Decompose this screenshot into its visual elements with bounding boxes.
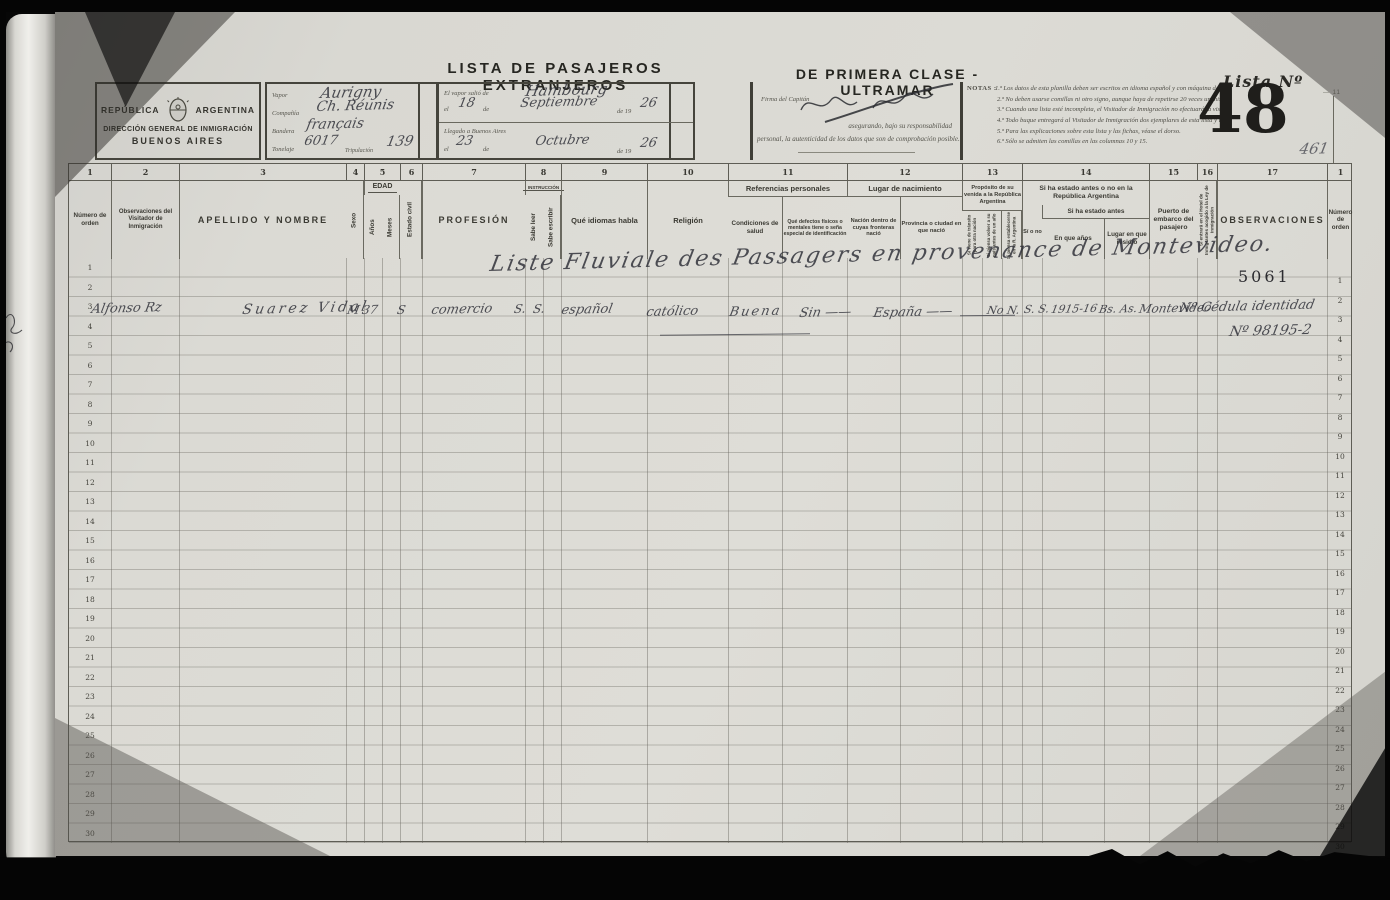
row-number: 10 <box>85 434 95 454</box>
column-line <box>782 258 783 843</box>
col-num: 15 <box>1149 164 1197 180</box>
stamp-number: 5061 <box>1238 267 1291 286</box>
row-number: 11 <box>85 453 95 473</box>
row-number: 25 <box>1335 739 1345 759</box>
row-number: 21 <box>85 648 95 668</box>
row-number: 1 <box>88 258 93 278</box>
header-estado-civil: Estado civil <box>400 181 422 259</box>
row-number: 19 <box>1335 622 1345 642</box>
column-line <box>900 258 901 843</box>
row-number: 10 <box>1335 447 1345 467</box>
compania-label: Compañía <box>272 110 299 117</box>
row-number: 6 <box>88 356 93 376</box>
bandera-value: français <box>305 116 365 133</box>
col-num: 3 <box>179 164 346 180</box>
header-num-right: Número de orden <box>1327 181 1353 259</box>
voyage-box: El vapor salió de Hambourg el 18 de Sept… <box>437 82 695 160</box>
column-line <box>543 258 544 843</box>
note-item: 6.ª Sólo se admiten las comillas en las … <box>997 137 1229 148</box>
hw-lugar-residio: Bs. As. <box>1098 302 1138 316</box>
column-line <box>400 258 401 843</box>
row-number: 3 <box>1338 310 1343 330</box>
row-number: 4 <box>88 317 93 337</box>
corner-print: — 11 <box>1323 90 1341 96</box>
llegado-de: de <box>483 146 489 153</box>
header-meses: Meses <box>382 195 400 259</box>
compania-value: Ch. Réunis <box>315 97 396 115</box>
column-line <box>962 258 963 843</box>
row-number: 16 <box>85 551 95 571</box>
llegado-el: el <box>444 146 449 153</box>
row-number: 15 <box>85 531 95 551</box>
hw-edad-anos: 37 <box>361 303 379 317</box>
scan-edge-right <box>1385 0 1390 900</box>
tonelaje-label: Tonelaje <box>272 146 294 153</box>
row-number: 15 <box>1335 544 1345 564</box>
note-item: 2.ª No deben usarse comillas ni otro sig… <box>997 95 1229 106</box>
row-number: 27 <box>1335 778 1345 798</box>
captain-text-2: personal, la autenticidad de los datos q… <box>757 135 960 143</box>
notes-lines: NOTAS :1.ª Los datos de esta planilla de… <box>967 84 1229 148</box>
row-number: 26 <box>1335 759 1345 779</box>
tonelaje-value: 6017 <box>303 133 339 149</box>
column-line <box>561 258 562 843</box>
note-item: 5.ª Para las explicaciones sobre esta li… <box>997 127 1229 138</box>
row-numbers-right: 1234567891011121314151617181920212223242… <box>1327 271 1353 856</box>
row-number: 20 <box>85 629 95 649</box>
col-num: 11 <box>728 164 847 180</box>
row-number: 13 <box>1335 505 1345 525</box>
col-num: 4 <box>346 164 364 180</box>
llegado-de19: de 19 <box>617 148 631 155</box>
header-idiomas: Qué idiomas habla <box>561 181 647 259</box>
row-number: 8 <box>88 395 93 415</box>
row-number: 28 <box>85 785 95 805</box>
row-number: 11 <box>1335 466 1345 486</box>
col-num: 14 <box>1022 164 1149 180</box>
column-line <box>647 258 648 843</box>
row-number: 12 <box>85 473 95 493</box>
row-number: 7 <box>88 375 93 395</box>
row-number: 30 <box>85 824 95 844</box>
vapor-label: Vapor <box>272 92 288 99</box>
hw-visitador-note: Alfonso Rz <box>90 300 163 317</box>
header-apellido-nombre: APELLIDO Y NOMBRE <box>179 181 346 259</box>
column-line <box>1327 258 1328 843</box>
margin-rule <box>1333 96 1334 164</box>
header-sexo: Sexo <box>346 181 364 259</box>
col-num: 10 <box>647 164 728 180</box>
row-number: 16 <box>1335 564 1345 584</box>
margin-note-461: 461 <box>1298 139 1330 158</box>
ship-box-divider <box>418 84 420 158</box>
row-number: 6 <box>1338 369 1343 389</box>
hw-en-que-anos: 1915-16 <box>1050 302 1098 316</box>
voyage-box-midline <box>439 122 693 123</box>
row-number: 26 <box>85 746 95 766</box>
row-number: 28 <box>1335 798 1345 818</box>
scanned-passenger-list-photo: LISTA DE PASAJEROS EXTRANJEROS DE PRIMER… <box>0 0 1390 900</box>
edge-handwriting-scribble <box>2 300 42 360</box>
header-ha-estado-group: Si ha estado antes <box>1042 205 1149 219</box>
column-line <box>179 258 180 843</box>
row-number: 4 <box>1338 330 1343 350</box>
column-line <box>346 258 347 843</box>
row-number: 14 <box>85 512 95 532</box>
row-number: 22 <box>1335 681 1345 701</box>
row-number: 2 <box>88 278 93 298</box>
header-estado-antes-group: Si ha estado antes o no en la República … <box>1022 181 1149 205</box>
salio-de: de <box>483 106 489 113</box>
row-number: 19 <box>85 609 95 629</box>
col-num: 5 <box>364 164 400 180</box>
row-number: 29 <box>85 804 95 824</box>
hw-estado-antes: S. S. <box>1023 302 1050 316</box>
row-number: 17 <box>85 570 95 590</box>
row-number: 2 <box>1338 291 1343 311</box>
column-line <box>982 258 983 843</box>
bandera-label: Bandera <box>272 128 294 135</box>
row-number: 5 <box>1338 349 1343 369</box>
column-line <box>111 258 112 843</box>
previous-page-edge <box>6 14 56 872</box>
row-number: 18 <box>85 590 95 610</box>
header-edad-group: EDAD <box>364 181 400 195</box>
row-number: 24 <box>1335 720 1345 740</box>
note-item: NOTAS :1.ª Los datos de esta planilla de… <box>967 84 1229 95</box>
salio-month: Septiembre <box>519 94 599 111</box>
row-number: 12 <box>1335 486 1345 506</box>
row-number: 9 <box>1338 427 1343 447</box>
scan-edge-left <box>0 0 6 900</box>
header-instruccion-group: INSTRUCCIÓN <box>525 181 561 195</box>
header-anos: Años <box>364 195 382 259</box>
captain-signature <box>795 82 965 124</box>
column-line <box>1022 258 1023 843</box>
form-page: LISTA DE PASAJEROS EXTRANJEROS DE PRIMER… <box>55 12 1385 856</box>
header-profesion: PROFESIÓN <box>422 181 525 259</box>
agency-box: REPÚBLICA ARGENTINA DIRECCIÓN GENERAL DE… <box>95 82 261 160</box>
row-number: 21 <box>1335 661 1345 681</box>
row-number: 25 <box>85 726 95 746</box>
col-num: 2 <box>111 164 179 180</box>
header-sabe-leer: Sabe leer <box>525 195 543 259</box>
column-line <box>1197 258 1198 843</box>
header-num-left: Número de orden <box>69 181 111 259</box>
captain-box: Firma del Capitán asegurando, bajo su re… <box>750 82 963 160</box>
col-num: 8 <box>525 164 561 180</box>
agency-direccion: DIRECCIÓN GENERAL DE INMIGRACIÓN <box>97 126 259 133</box>
hw-profesion: comercio <box>430 301 494 318</box>
table-body: 1234567891011121314151617181920212223242… <box>69 258 1351 843</box>
scan-edge-top <box>0 0 1390 12</box>
column-line <box>728 258 729 843</box>
header-nacimiento-group: Lugar de nacimiento <box>847 181 962 197</box>
row-number: 27 <box>85 765 95 785</box>
row-number: 17 <box>1335 583 1345 603</box>
salio-day: 18 <box>457 96 476 111</box>
column-line <box>382 258 383 843</box>
salio-el: el <box>444 106 449 113</box>
llegado-day: 23 <box>455 134 474 149</box>
header-proposito-group: Propósito de su venida a la República Ar… <box>962 181 1022 211</box>
col-num: 13 <box>962 164 1022 180</box>
col-num: 7 <box>422 164 525 180</box>
column-line <box>1042 258 1043 843</box>
header-referencias-group: Referencias personales <box>728 181 847 197</box>
lista-number-value: 48 <box>1197 76 1289 142</box>
column-line <box>422 258 423 843</box>
row-number: 5 <box>88 336 93 356</box>
column-line <box>1217 258 1218 843</box>
col-num: 16 <box>1197 164 1217 180</box>
agency-argentina: ARGENTINA <box>196 105 256 115</box>
col-num: 12 <box>847 164 962 180</box>
column-line <box>1104 258 1105 843</box>
agency-republica: REPÚBLICA <box>101 105 160 115</box>
hw-religion: católico <box>645 304 700 320</box>
column-line <box>525 258 526 843</box>
col-num: 17 <box>1217 164 1327 180</box>
hw-observaciones-2: Nº 98195-2 <box>1228 322 1313 340</box>
hw-nacion: España —— <box>872 304 954 321</box>
col-num: 1 <box>69 164 111 180</box>
column-line <box>847 258 848 843</box>
llegado-year: 26 <box>639 136 658 151</box>
column-line <box>1149 258 1150 843</box>
llegado-month: Octubre <box>534 133 591 149</box>
voyage-box-divider <box>669 84 671 158</box>
header-instruccion-label: INSTRUCCIÓN <box>523 185 564 191</box>
row-numbers-left: 1234567891011121314151617181920212223242… <box>69 258 111 843</box>
row-number: 18 <box>1335 603 1345 623</box>
row-number: 13 <box>85 492 95 512</box>
header-edad-label: EDAD <box>368 183 398 192</box>
row-number: 9 <box>88 414 93 434</box>
note-item: 3.ª Cuando una lista esté incompleta, el… <box>997 105 1229 116</box>
captain-sign-line <box>798 152 915 153</box>
col-num: 9 <box>561 164 647 180</box>
agency-ciudad: BUENOS AIRES <box>97 136 259 146</box>
salio-de19: de 19 <box>617 108 631 115</box>
row-number: 23 <box>85 687 95 707</box>
row-number: 24 <box>85 707 95 727</box>
row-number: 20 <box>1335 642 1345 662</box>
hw-salud: Buena <box>728 304 783 320</box>
row-number: 29 <box>1335 817 1345 837</box>
row-number: 22 <box>85 668 95 688</box>
row-number: 1 <box>1338 271 1343 291</box>
coat-of-arms-icon <box>165 97 191 123</box>
ship-box: Vapor Aurigny Compañía Ch. Réunis Bander… <box>265 82 438 160</box>
tripulacion-label: Tripulación <box>345 148 373 154</box>
notes-box: NOTAS :1.ª Los datos de esta planilla de… <box>967 84 1229 162</box>
row-number: 8 <box>1338 408 1343 428</box>
note-item: 4.ª Todo buque entregará al Visitador de… <box>997 116 1229 127</box>
notes-title: NOTAS : <box>967 84 995 95</box>
column-line <box>364 258 365 843</box>
row-number: 23 <box>1335 700 1345 720</box>
row-number: 14 <box>1335 525 1345 545</box>
salio-year: 26 <box>639 96 658 111</box>
col-num: 1 <box>1327 164 1353 180</box>
header-obs-visitador: Observaciones del Visitador de Inmigraci… <box>111 181 179 259</box>
hw-defectos: Sin —— <box>798 305 853 321</box>
tripulacion-value: 139 <box>385 133 415 150</box>
row-number: 7 <box>1338 388 1343 408</box>
llegado-label: Llegado a Buenos Aires <box>444 128 506 135</box>
captain-text-1: asegurando, bajo su responsabilidad <box>848 122 952 130</box>
hw-idiomas: español <box>560 302 614 318</box>
col-num: 6 <box>400 164 422 180</box>
column-line <box>1002 258 1003 843</box>
